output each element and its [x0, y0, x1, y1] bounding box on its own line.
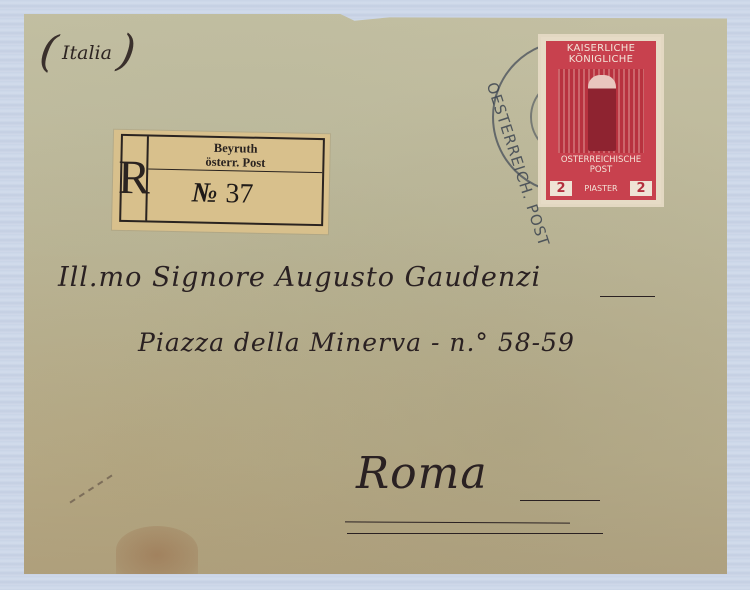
postage-stamp: KAISERLICHE KÖNIGLICHE OSTERREICHISCHE P… [541, 37, 661, 204]
corner-note: ( Italia ) [40, 30, 130, 110]
stamp-bottom-text: OSTERREICHISCHE POST [546, 155, 656, 175]
stamp-portrait [558, 69, 644, 153]
stamp-design: KAISERLICHE KÖNIGLICHE OSTERREICHISCHE P… [546, 41, 656, 200]
stamp-bottom-line2: POST [546, 165, 656, 175]
stamp-top-line2: KÖNIGLICHE [546, 54, 656, 65]
registration-label: R Beyruth österr. Post №37 [112, 130, 330, 235]
stamp-value-left: 2 [550, 181, 572, 196]
city-flourish [520, 500, 600, 501]
registration-frame: R Beyruth österr. Post №37 [119, 134, 325, 226]
number-prefix: № [191, 177, 217, 209]
stamp-value-right: 2 [630, 181, 652, 196]
registration-office: Beyruth österr. Post [148, 139, 323, 171]
stamp-currency: PIASTER [584, 184, 617, 193]
stamp-values: 2 PIASTER 2 [550, 179, 652, 197]
address-recipient: Ill.mo Signore Augusto Gaudenzi [58, 262, 541, 293]
stamp-top-text: KAISERLICHE KÖNIGLICHE [546, 43, 656, 65]
stain [116, 526, 198, 574]
stamp-top-line1: KAISERLICHE [546, 43, 656, 54]
number-value: 37 [225, 178, 254, 210]
corner-note-text: Italia [62, 42, 112, 64]
registration-number: №37 [191, 177, 253, 210]
name-flourish [600, 296, 655, 297]
emperor-figure-icon [588, 75, 616, 151]
address-city: Roma [356, 448, 488, 499]
registration-letter: R [121, 136, 149, 221]
stamp-bottom-line1: OSTERREICHISCHE [546, 155, 656, 165]
address-street: Piazza della Minerva - n.° 58-59 [138, 328, 575, 357]
city-underline-2 [347, 533, 603, 534]
paren-left: ( [37, 25, 61, 78]
